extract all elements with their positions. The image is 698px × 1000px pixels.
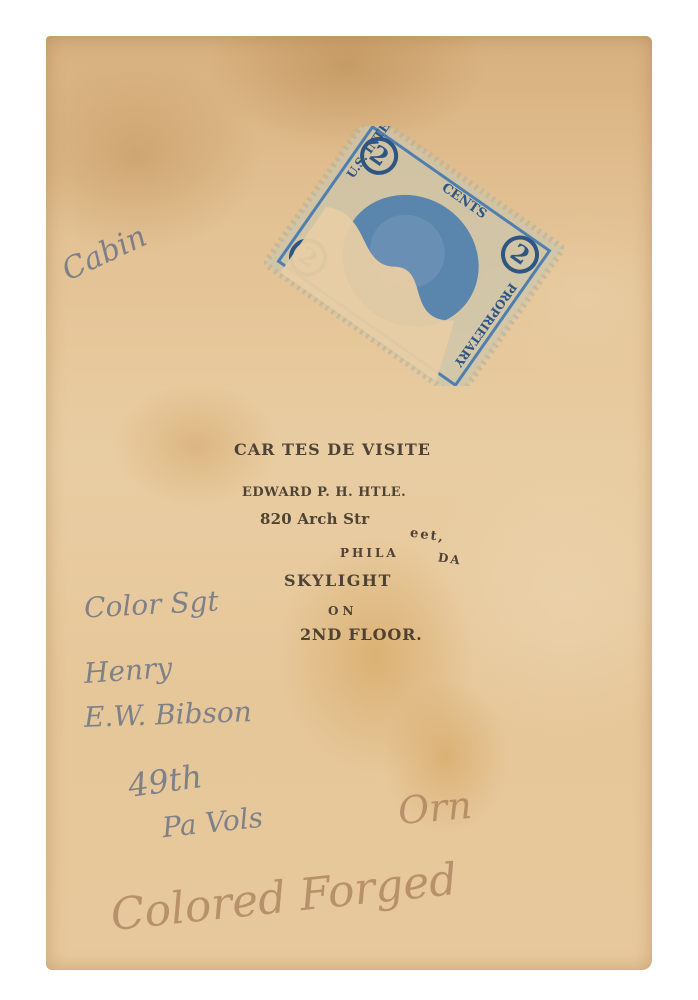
note-bottom: Colored Forged xyxy=(108,854,459,941)
note-left-1: Color Sgt xyxy=(83,584,219,624)
carte-de-visite-back: 2 2 2 CENTS U.S. INTER.REV. PROPRIETARY … xyxy=(46,36,652,970)
note-left-4: 49th xyxy=(126,757,205,805)
revenue-stamp: 2 2 2 CENTS U.S. INTER.REV. PROPRIETARY xyxy=(264,126,564,386)
imprint-line-4: PHILA xyxy=(340,546,399,560)
note-right: Orn xyxy=(396,783,473,833)
imprint-line-3b: eet, xyxy=(409,526,446,546)
note-top-left: Cabin xyxy=(57,219,152,288)
imprint-line-2: EDWARD P. H. HTLE. xyxy=(242,485,406,500)
note-left-3: E.W. Bibson xyxy=(83,695,252,734)
imprint-line-1: CAR TES DE VISITE xyxy=(234,440,431,459)
imprint-line-6: ON xyxy=(328,604,357,618)
note-left-5: Pa Vols xyxy=(161,801,265,844)
imprint-line-7: 2ND FLOOR. xyxy=(300,625,423,644)
note-left-2: Henry xyxy=(83,651,173,690)
imprint-line-5: SKYLIGHT xyxy=(284,571,392,590)
imprint-line-4b: DA xyxy=(437,550,462,567)
imprint-line-3: 820 Arch Str xyxy=(260,510,369,528)
